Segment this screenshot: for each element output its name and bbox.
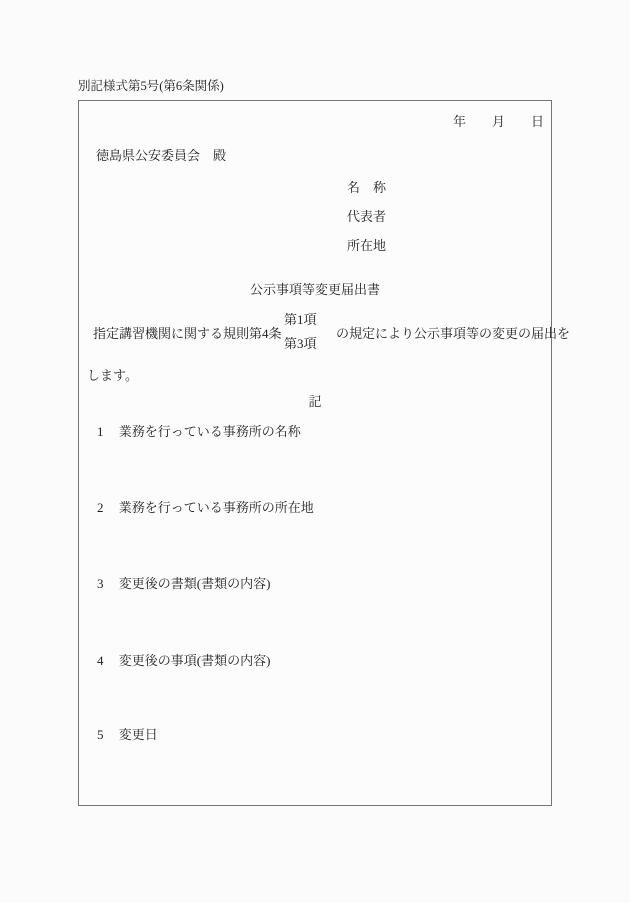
- list-item: 2 業務を行っている事務所の所在地: [97, 497, 314, 516]
- item-number: 2: [97, 500, 104, 516]
- form-number-label: 別記様式第5号(第6条関係): [78, 76, 224, 94]
- item-label: 変更後の書類(書類の内容): [119, 576, 271, 591]
- clause-paragraph-1: 第1項: [284, 309, 317, 328]
- clause-suffix-text: の規定により公示事項等の変更の届出を: [336, 323, 570, 342]
- item-label: 業務を行っている事務所の所在地: [119, 500, 314, 515]
- record-marker: 記: [79, 391, 551, 410]
- list-item: 3 変更後の書類(書類の内容): [97, 573, 270, 592]
- clause-prefix-text: 指定講習機関に関する規則第4条: [93, 323, 282, 342]
- item-label: 変更後の事項(書類の内容): [119, 653, 271, 668]
- item-number: 5: [97, 727, 104, 743]
- applicant-representative-label: 代表者: [347, 202, 386, 231]
- item-number: 3: [97, 576, 104, 592]
- applicant-address-label: 所在地: [347, 231, 386, 260]
- document-title: 公示事項等変更届出書: [79, 279, 551, 298]
- addressee-line: 徳島県公安委員会 殿: [96, 145, 226, 164]
- form-document: 年 月 日 徳島県公安委員会 殿 名 称 代表者 所在地 公示事項等変更届出書 …: [78, 100, 552, 806]
- list-item: 1 業務を行っている事務所の名称: [97, 421, 301, 440]
- signature-block: 名 称 代表者 所在地: [347, 173, 386, 260]
- page: 別記様式第5号(第6条関係) 年 月 日 徳島県公安委員会 殿 名 称 代表者 …: [0, 0, 630, 903]
- clause-paragraph-3: 第3項: [284, 333, 317, 352]
- item-number: 1: [97, 424, 104, 440]
- item-label: 変更日: [119, 727, 158, 742]
- list-item: 5 変更日: [97, 724, 158, 743]
- item-number: 4: [97, 653, 104, 669]
- applicant-name-label: 名 称: [347, 173, 386, 202]
- list-item: 4 変更後の事項(書類の内容): [97, 650, 270, 669]
- item-label: 業務を行っている事務所の名称: [119, 424, 301, 439]
- date-line: 年 月 日: [453, 111, 544, 130]
- clause-continuation-text: します。: [87, 365, 138, 384]
